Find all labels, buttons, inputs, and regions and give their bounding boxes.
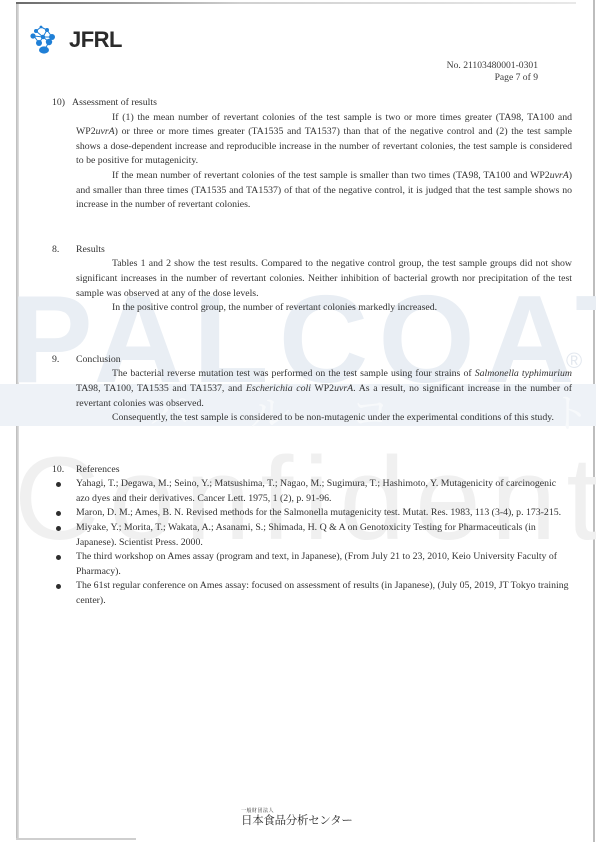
section-number: 8. [52, 243, 76, 258]
section-number: 9. [52, 353, 76, 368]
document-number-block: No. 21103480001-0301 Page 7 of 9 [447, 60, 538, 84]
section-title: Results [76, 243, 105, 258]
section-results: 8. Results Tables 1 and 2 show the test … [52, 243, 572, 316]
section-assessment: 10) Assessment of results If (1) the mea… [52, 96, 572, 213]
section-references: 10. References Yahagi, T.; Degawa, M.; S… [52, 463, 572, 609]
section-conclusion: 9. Conclusion The bacterial reverse muta… [52, 353, 572, 426]
section-title: References [76, 463, 120, 478]
bullet-icon [56, 482, 61, 487]
bullet-icon [56, 526, 61, 531]
document-body: 10) Assessment of results If (1) the mea… [52, 96, 572, 609]
document-page: PALCOAT パルコート ® Confidential [0, 0, 596, 842]
document-number: No. 21103480001-0301 [447, 60, 538, 72]
reference-item: Miyake, Y.; Morita, T.; Wakata, A.; Asan… [52, 521, 572, 550]
reference-item: Maron, D. M.; Ames, B. N. Revised method… [52, 506, 572, 521]
bullet-icon [56, 511, 61, 516]
paragraph: If the mean number of revertant colonies… [76, 169, 572, 213]
bullet-icon [56, 555, 61, 560]
section-title: Assessment of results [72, 96, 157, 111]
paragraph: In the positive control group, the numbe… [76, 301, 572, 316]
footer-org-name: 日本食品分析センター [241, 814, 353, 827]
page-number: Page 7 of 9 [447, 72, 538, 84]
reference-item: The 61st regular conference on Ames assa… [52, 579, 572, 608]
section-number: 10) [52, 96, 72, 111]
molecule-network-icon [28, 24, 66, 56]
reference-item: The third workshop on Ames assay (progra… [52, 550, 572, 579]
jfrl-logo: JFRL [28, 24, 122, 56]
scan-edge-top [16, 2, 576, 4]
paragraph: Consequently, the test sample is conside… [76, 411, 572, 426]
scan-edge-bottom [16, 838, 136, 840]
paragraph: Tables 1 and 2 show the test results. Co… [76, 257, 572, 301]
reference-list: Yahagi, T.; Degawa, M.; Seino, Y.; Matsu… [52, 477, 572, 608]
paragraph: If (1) the mean number of revertant colo… [76, 111, 572, 169]
footer-organization: 一般財団法人 日本食品分析センター [241, 808, 353, 827]
section-number: 10. [52, 463, 76, 478]
section-title: Conclusion [76, 353, 121, 368]
reference-item: Yahagi, T.; Degawa, M.; Seino, Y.; Matsu… [52, 477, 572, 506]
logo-text: JFRL [69, 27, 122, 53]
paragraph: The bacterial reverse mutation test was … [76, 367, 572, 411]
bullet-icon [56, 584, 61, 589]
